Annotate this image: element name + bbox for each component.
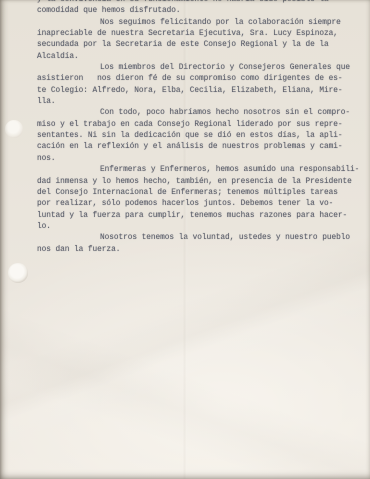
paragraph: Nosotros tenemos la voluntad, ustedes y … [37,233,361,256]
text-line: lla. [37,97,361,108]
paragraph: Nos seguimos felicitando por la colabora… [37,18,361,63]
punch-hole-upper [5,120,23,138]
text-line: nos. [37,154,361,165]
text-line: cación en la reflexión y el análisis de … [37,142,361,153]
text-line: Alcaldía. [37,52,361,63]
paragraph: Enfermeras y Enfermeros, hemos asumido u… [37,165,361,233]
punch-hole-lower [8,263,28,283]
text-line: te Colegio: Alfredo, Nora, Elba, Cecilia… [37,86,361,97]
text-line: nos dan la fuerza. [37,245,361,256]
text-line: luntad y la fuerza para cumplir, tenemos… [37,211,361,222]
text-line: asistieron nos dieron fé de su compromis… [37,74,361,85]
text-line: Nosotros tenemos la voluntad, ustedes y … [37,233,361,244]
scanned-document-page: y la convivencia en su funcionamiento no… [0,0,370,479]
typewritten-text: y la convivencia en su funcionamiento no… [37,0,361,256]
text-line: comodidad que hemos disfrutado. [37,6,361,17]
text-line: sentantes. Ni sin la dedicación que se d… [37,131,361,142]
text-line: del Consejo Internacional de Enfermeras;… [37,188,361,199]
paragraph: y la convivencia en su funcionamiento no… [37,0,361,18]
paragraph: Con todo, poco habríamos hecho nosotros … [37,108,361,165]
text-line: lo. [37,222,361,233]
text-line: Con todo, poco habríamos hecho nosotros … [37,108,361,119]
text-line: inapreciable de nuestra Secretaria Ejecu… [37,29,361,40]
text-line: Enfermeras y Enfermeros, hemos asumido u… [37,165,361,176]
text-line: secundada por la Secretaria de este Cons… [37,40,361,51]
text-line: miso y el trabajo en cada Consejo Region… [37,120,361,131]
text-line: Los miembros del Directorio y Consejeros… [37,63,361,74]
paragraph: Los miembros del Directorio y Consejeros… [37,63,361,108]
text-line: por realizar, sólo podemos hacerlos junt… [37,199,361,210]
text-line: Nos seguimos felicitando por la colabora… [37,18,361,29]
text-line: dad inmensa y lo hemos hecho, también, e… [37,177,361,188]
